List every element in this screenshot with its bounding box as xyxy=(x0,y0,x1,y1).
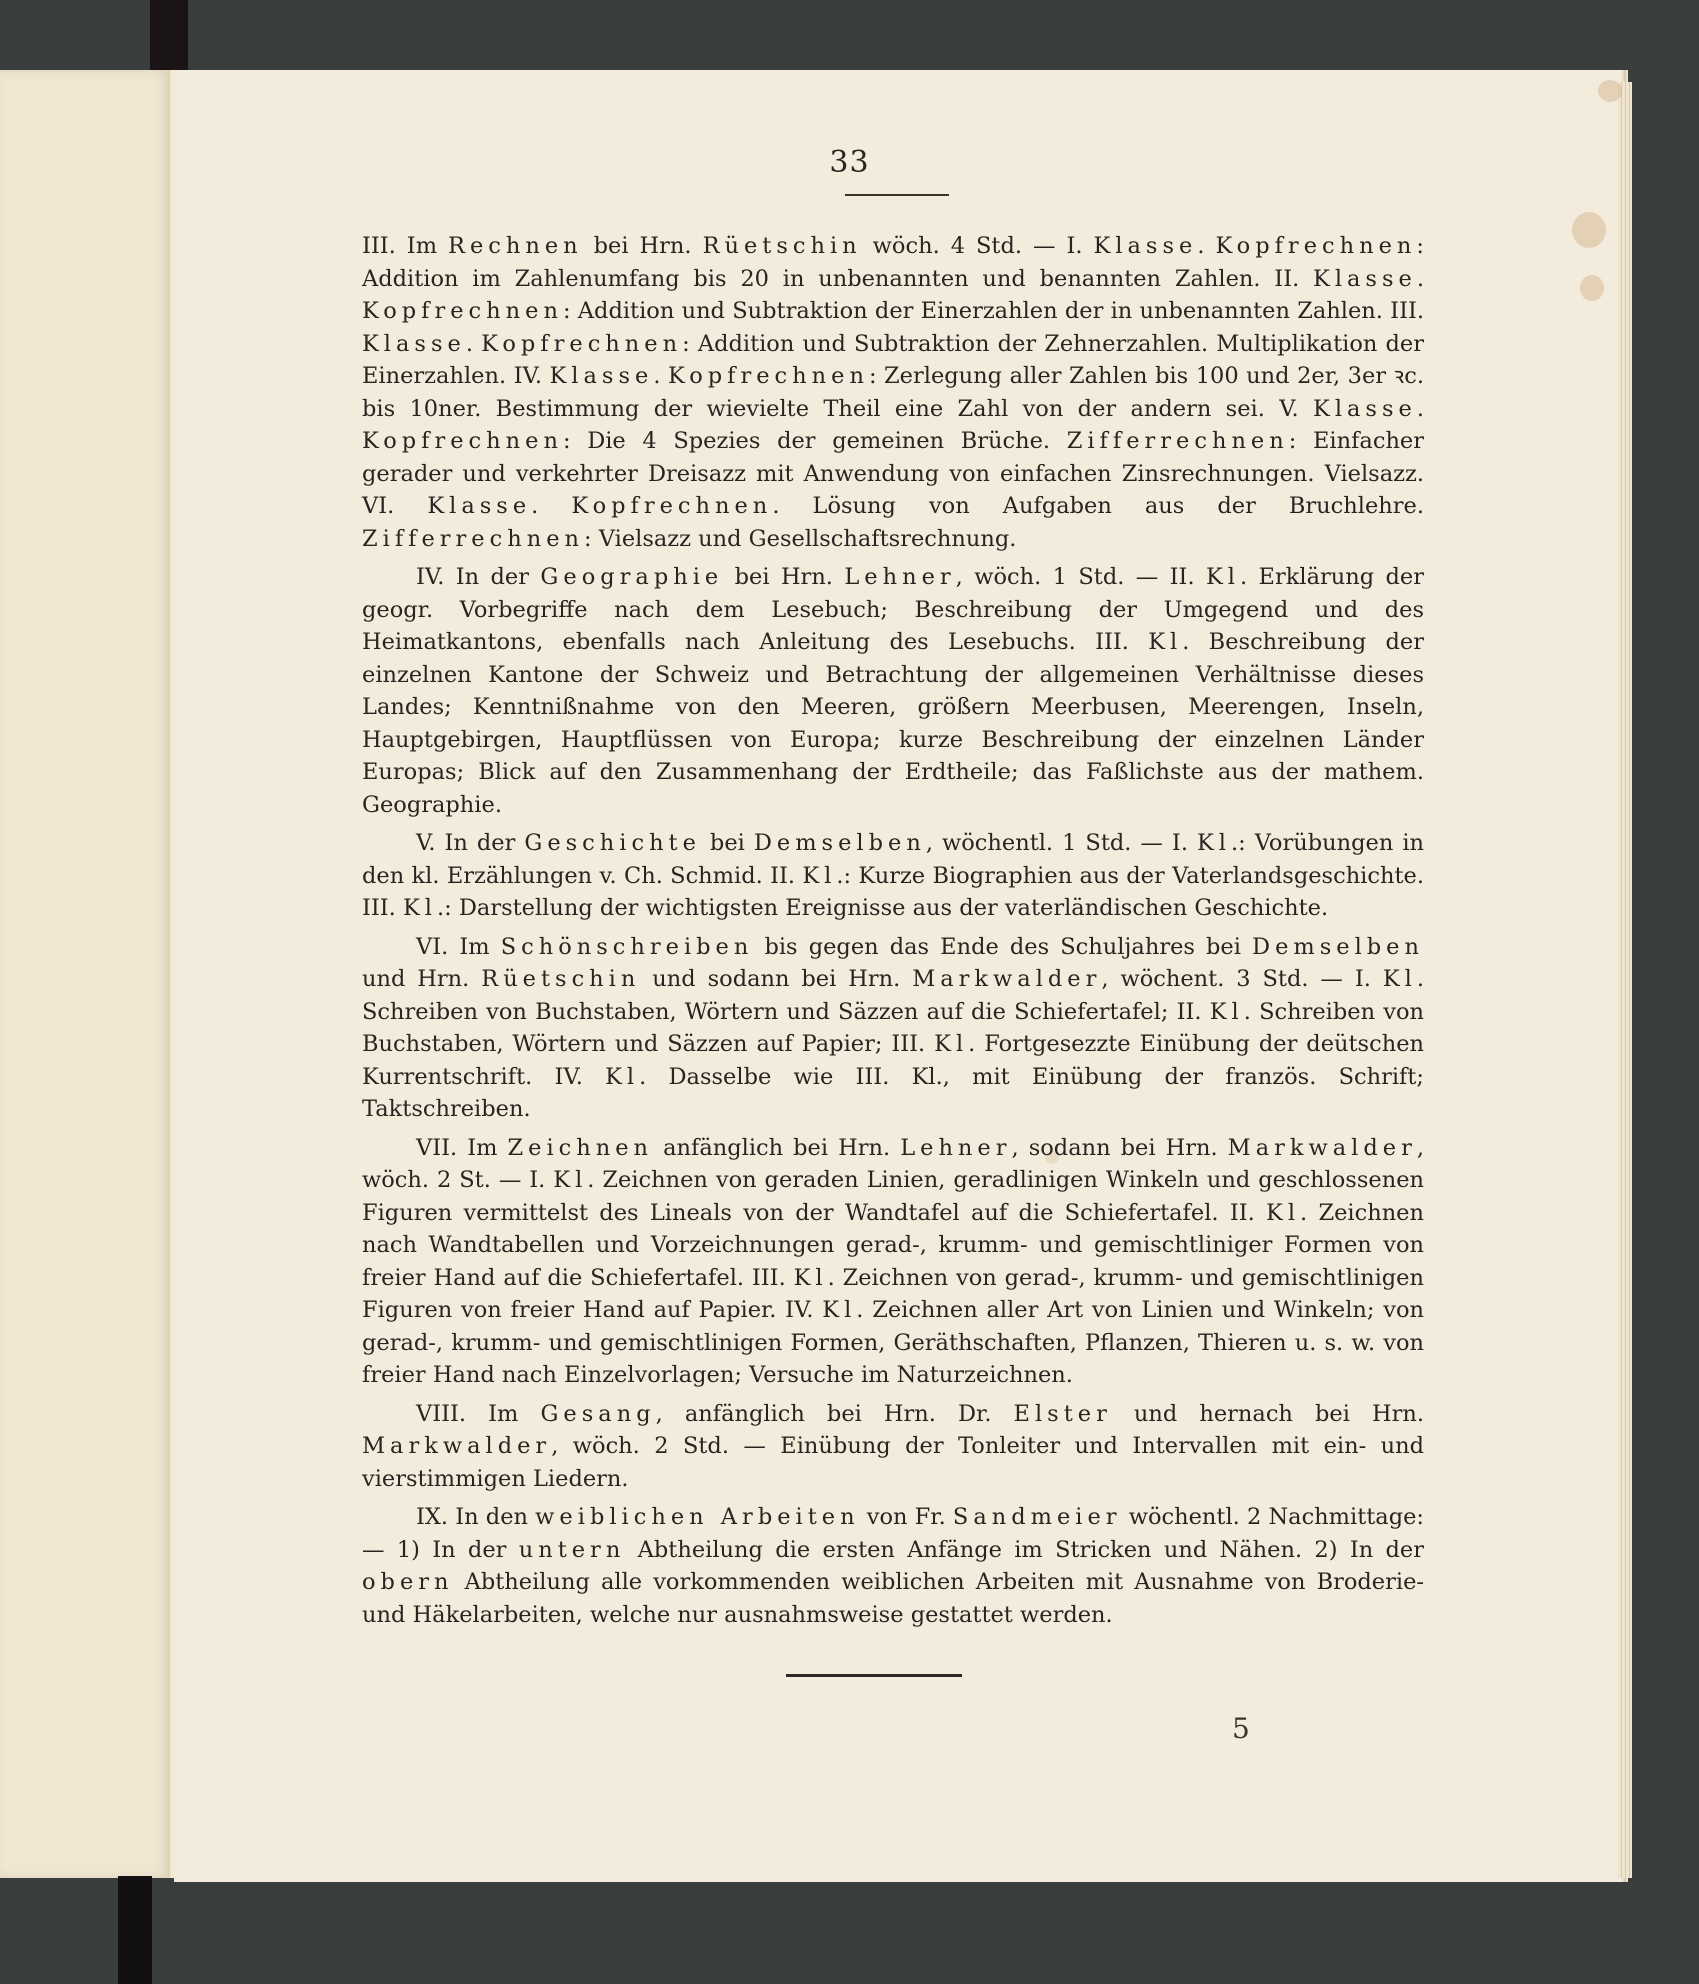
text-run: wöch. 4 Std. — I. xyxy=(862,233,1094,259)
section-numeral: VII. xyxy=(416,1135,457,1161)
emphasized-term: Klasse xyxy=(1313,396,1417,422)
section-paragraph: IV. In der Geographie bei Hrn. Lehner, w… xyxy=(362,561,1424,821)
text-run: . xyxy=(1417,396,1424,422)
text-run: von Fr. xyxy=(860,1504,953,1530)
section-paragraph: IX. In den weiblichen Arbeiten von Fr. S… xyxy=(362,1501,1424,1631)
emphasized-term: Kopfrechnen xyxy=(1215,233,1416,259)
emphasized-term: Kl xyxy=(1148,629,1182,655)
text-run: In der xyxy=(444,564,540,590)
text-run: Im xyxy=(457,1135,507,1161)
text-run: und Hrn. xyxy=(362,966,481,992)
emphasized-term: Kopfrechnen xyxy=(481,331,682,357)
emphasized-term: Kl xyxy=(553,1167,587,1193)
body-text: III. Im Rechnen bei Hrn. Rüetschin wöch.… xyxy=(362,230,1424,1637)
text-run: . Lösung von Aufgaben aus der Bruchlehre… xyxy=(772,493,1424,519)
foxing-stain xyxy=(1572,212,1606,248)
emphasized-term: Kopfrechnen xyxy=(362,428,563,454)
section-paragraph: VII. Im Zeichnen anfänglich bei Hrn. Leh… xyxy=(362,1132,1424,1392)
section-numeral: IV. xyxy=(416,564,444,590)
text-run: anfänglich bei Hrn. xyxy=(653,1135,900,1161)
section-numeral: VIII. xyxy=(416,1401,466,1427)
emphasized-term: Kl xyxy=(1197,830,1231,856)
emphasized-term: Kl xyxy=(822,1297,856,1323)
text-run: . xyxy=(653,363,668,389)
emphasized-term: Kl xyxy=(1206,564,1240,590)
emphasized-term: weiblichen Arbeiten xyxy=(535,1504,859,1530)
text-run: bei Hrn. xyxy=(723,564,844,590)
emphasized-term: Zifferrechnen xyxy=(362,526,584,552)
section-numeral: VI. xyxy=(416,934,448,960)
text-run: , wöch. 1 Std. — II. xyxy=(956,564,1206,590)
emphasized-term: Klasse xyxy=(550,363,654,389)
text-run: . xyxy=(466,331,481,357)
text-run: Abtheilung die ersten Anfänge im Stricke… xyxy=(625,1537,1424,1563)
emphasized-term: Geographie xyxy=(540,564,723,590)
emphasized-term: Demselben xyxy=(754,830,926,856)
section-paragraph: VI. Im Schönschreiben bis gegen das Ende… xyxy=(362,931,1424,1126)
section-numeral: III. xyxy=(362,233,396,259)
emphasized-term: Sandmeier xyxy=(953,1504,1122,1530)
section-numeral: V. xyxy=(416,830,435,856)
emphasized-term: Gesang xyxy=(540,1401,655,1427)
emphasized-term: Demselben xyxy=(1252,934,1424,960)
text-run: . Beschreibung der einzelnen Kantone der… xyxy=(362,629,1424,818)
text-run: Abtheilung alle vorkommenden weiblichen … xyxy=(362,1569,1424,1628)
emphasized-term: Kopfrechnen xyxy=(362,298,563,324)
bookmark-ribbon-top xyxy=(150,0,188,75)
text-run: : Vielsazz und Gesellschaftsrechnung. xyxy=(584,526,1016,552)
emphasized-term: Rechnen xyxy=(448,233,583,259)
text-run: . xyxy=(531,493,571,519)
text-run: bis gegen das Ende des Schuljahres bei xyxy=(753,934,1252,960)
section-numeral: IX. xyxy=(416,1504,448,1530)
text-run: Im xyxy=(466,1401,540,1427)
text-run: In der xyxy=(435,830,524,856)
emphasized-term: Markwalder xyxy=(912,966,1101,992)
text-run: . xyxy=(1417,266,1424,292)
text-run: und sodann bei Hrn. xyxy=(640,966,912,992)
text-run: , sodann bei Hrn. xyxy=(1012,1135,1228,1161)
emphasized-term: Markwalder xyxy=(1228,1135,1417,1161)
emphasized-term: Lehner xyxy=(844,564,955,590)
emphasized-term: Markwalder xyxy=(362,1433,551,1459)
text-run: und hernach bei Hrn. xyxy=(1112,1401,1424,1427)
page-edges xyxy=(1618,82,1632,1878)
header-rule xyxy=(845,194,949,196)
emphasized-term: Kl xyxy=(1210,999,1244,1025)
text-run: Im xyxy=(448,934,500,960)
text-run: : Addition und Subtraktion der Einerzahl… xyxy=(563,298,1424,324)
emphasized-term: Kl xyxy=(1266,1200,1300,1226)
end-rule xyxy=(786,1674,962,1677)
emphasized-term: Kl xyxy=(794,1265,828,1291)
foxing-stain xyxy=(1580,275,1604,301)
text-run: , anfänglich bei Hrn. Dr. xyxy=(656,1401,1014,1427)
emphasized-term: Kl xyxy=(605,1064,639,1090)
emphasized-term: Zeichnen xyxy=(508,1135,654,1161)
emphasized-term: Elster xyxy=(1014,1401,1112,1427)
signature-mark: 5 xyxy=(1232,1712,1250,1745)
emphasized-term: Zifferrechnen xyxy=(1067,428,1289,454)
section-paragraph: VIII. Im Gesang, anfänglich bei Hrn. Dr.… xyxy=(362,1398,1424,1496)
emphasized-term: Geschichte xyxy=(524,830,701,856)
text-run: Im xyxy=(396,233,448,259)
left-page xyxy=(0,70,170,1878)
emphasized-term: Kl xyxy=(934,1031,968,1057)
text-run: bei Hrn. xyxy=(583,233,703,259)
text-run: : Die 4 Spezies der gemeinen Brüche. xyxy=(563,428,1067,454)
emphasized-term: untern xyxy=(519,1537,626,1563)
emphasized-term: Klasse xyxy=(427,493,531,519)
text-run: bei xyxy=(701,830,754,856)
emphasized-term: Kl xyxy=(802,863,836,889)
emphasized-term: Klasse xyxy=(1093,233,1197,259)
foxing-stain xyxy=(1598,80,1622,102)
bookmark-ribbon-bottom xyxy=(118,1876,152,1984)
text-run: , wöchentl. 1 Std. — I. xyxy=(926,830,1197,856)
emphasized-term: Schönschreiben xyxy=(501,934,754,960)
section-paragraph: V. In der Geschichte bei Demselben, wöch… xyxy=(362,827,1424,925)
emphasized-term: obern xyxy=(362,1569,454,1595)
text-run: . xyxy=(1197,233,1215,259)
emphasized-term: Kopfrechnen xyxy=(571,493,772,519)
text-run: , wöchent. 3 Std. — I. xyxy=(1101,966,1382,992)
emphasized-term: Klasse xyxy=(362,331,466,357)
text-run: .: Darstellung der wichtigsten Ereigniss… xyxy=(437,895,1328,921)
emphasized-term: Lehner xyxy=(900,1135,1011,1161)
text-run: In den xyxy=(448,1504,535,1530)
emphasized-term: Kl xyxy=(403,895,437,921)
emphasized-term: Rüetschin xyxy=(703,233,862,259)
emphasized-term: Rüetschin xyxy=(481,966,640,992)
section-paragraph: III. Im Rechnen bei Hrn. Rüetschin wöch.… xyxy=(362,230,1424,555)
emphasized-term: Klasse xyxy=(1313,266,1417,292)
page-number: 33 xyxy=(0,145,1699,180)
emphasized-term: Kl xyxy=(1383,966,1417,992)
emphasized-term: Kopfrechnen xyxy=(668,363,869,389)
